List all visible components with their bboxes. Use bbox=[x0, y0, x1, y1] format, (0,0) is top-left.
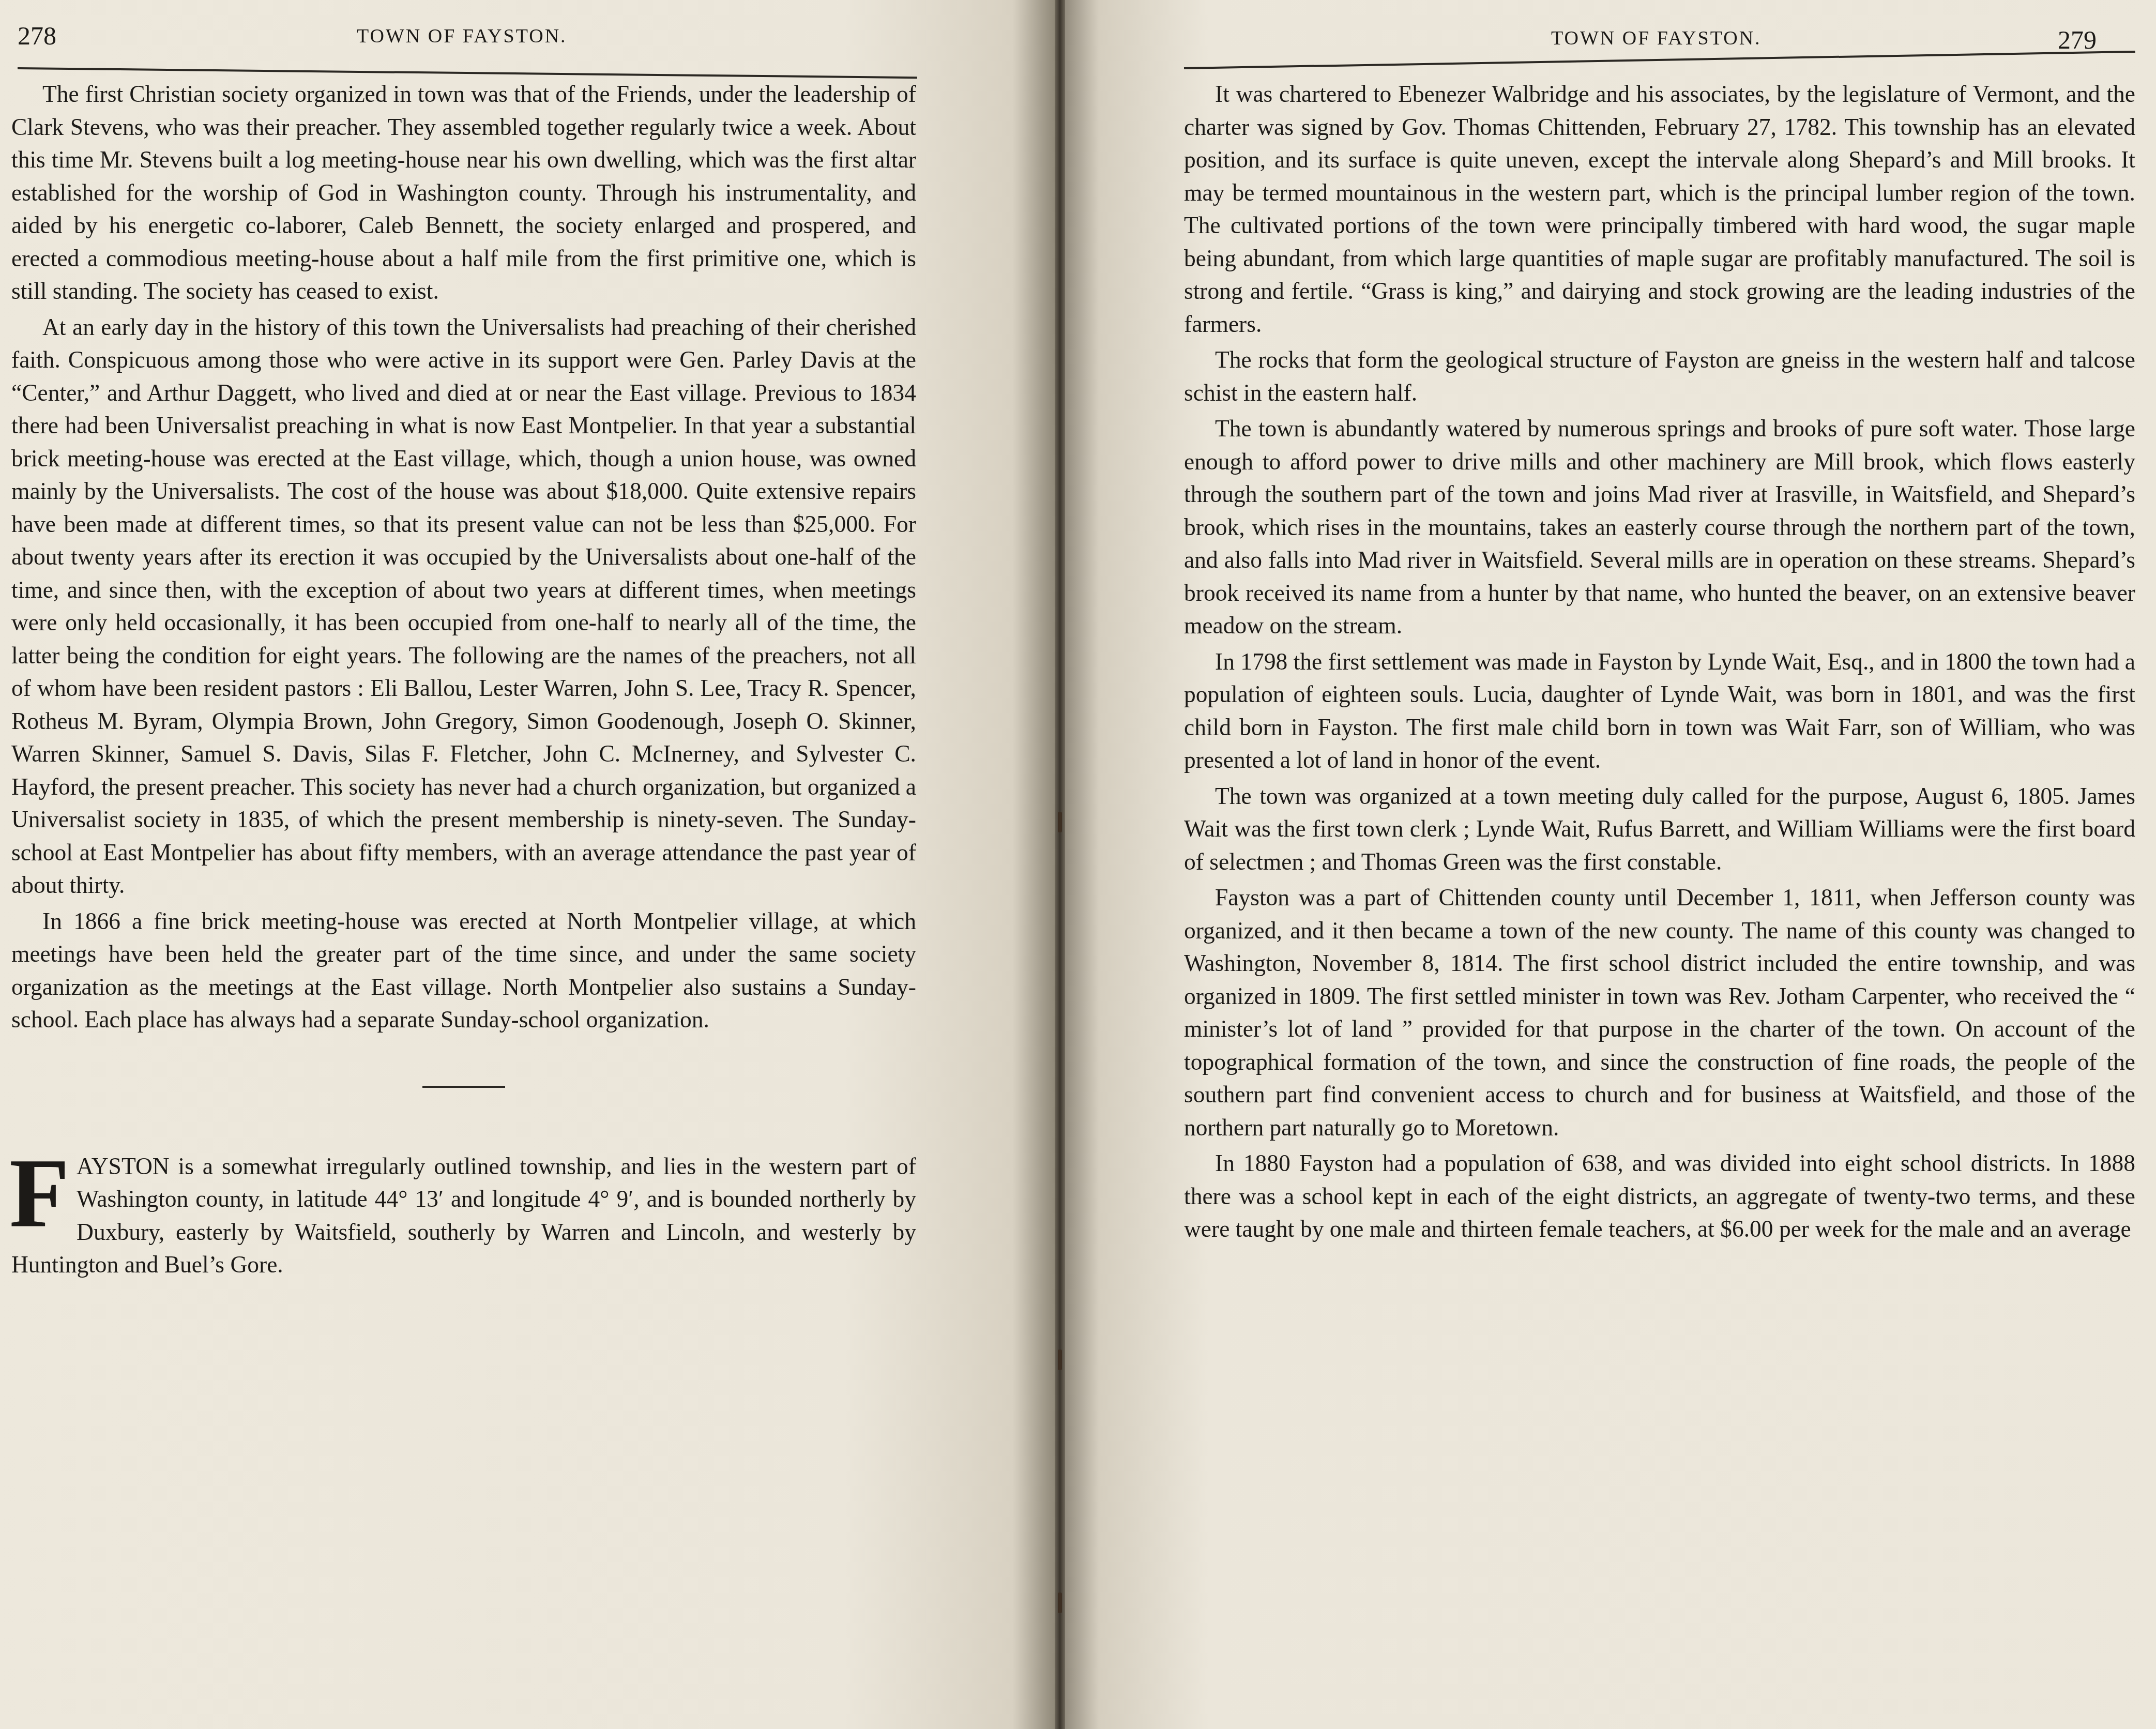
paragraph: At an early day in the history of this t… bbox=[11, 311, 916, 902]
paragraph: The rocks that form the geological struc… bbox=[1184, 343, 2135, 409]
section-lead: AYSTON bbox=[77, 1153, 170, 1179]
paragraph: The town is abundantly watered by numero… bbox=[1184, 412, 2135, 642]
paragraph: It was chartered to Ebenezer Walbridge a… bbox=[1184, 78, 2135, 340]
drop-cap: F bbox=[9, 1152, 69, 1235]
book-spread: 278 TOWN OF FAYSTON. The first Christian… bbox=[0, 0, 2156, 1729]
paragraph: In 1880 Fayston had a population of 638,… bbox=[1184, 1147, 2135, 1246]
running-head: TOWN OF FAYSTON. bbox=[1551, 27, 1762, 50]
paragraph: In 1866 a fine brick meeting-house was e… bbox=[11, 905, 916, 1036]
section-paragraph: FAYSTON is a somewhat irregularly outlin… bbox=[11, 1150, 916, 1281]
header-rule bbox=[18, 67, 917, 79]
left-body-text: The first Christian society organized in… bbox=[11, 78, 916, 1284]
paragraph: Fayston was a part of Chittenden county … bbox=[1184, 881, 2135, 1144]
paragraph: In 1798 the first settlement was made in… bbox=[1184, 645, 2135, 777]
page-number: 279 bbox=[2058, 25, 2097, 55]
paragraph: The first Christian society organized in… bbox=[11, 78, 916, 308]
running-head: TOWN OF FAYSTON. bbox=[357, 25, 567, 48]
binding-thread bbox=[1058, 812, 1062, 832]
binding-thread bbox=[1058, 1593, 1062, 1613]
left-page: 278 TOWN OF FAYSTON. The first Christian… bbox=[0, 0, 1055, 1729]
paragraph: The town was organized at a town meeting… bbox=[1184, 780, 2135, 878]
section-separator bbox=[422, 1086, 505, 1088]
right-page: TOWN OF FAYSTON. 279 It was chartered to… bbox=[1055, 0, 2156, 1729]
book-gutter bbox=[1055, 0, 1065, 1729]
header-rule bbox=[1184, 51, 2135, 69]
right-body-text: It was chartered to Ebenezer Walbridge a… bbox=[1184, 78, 2135, 1249]
page-number: 278 bbox=[18, 21, 56, 51]
binding-thread bbox=[1058, 1349, 1062, 1370]
